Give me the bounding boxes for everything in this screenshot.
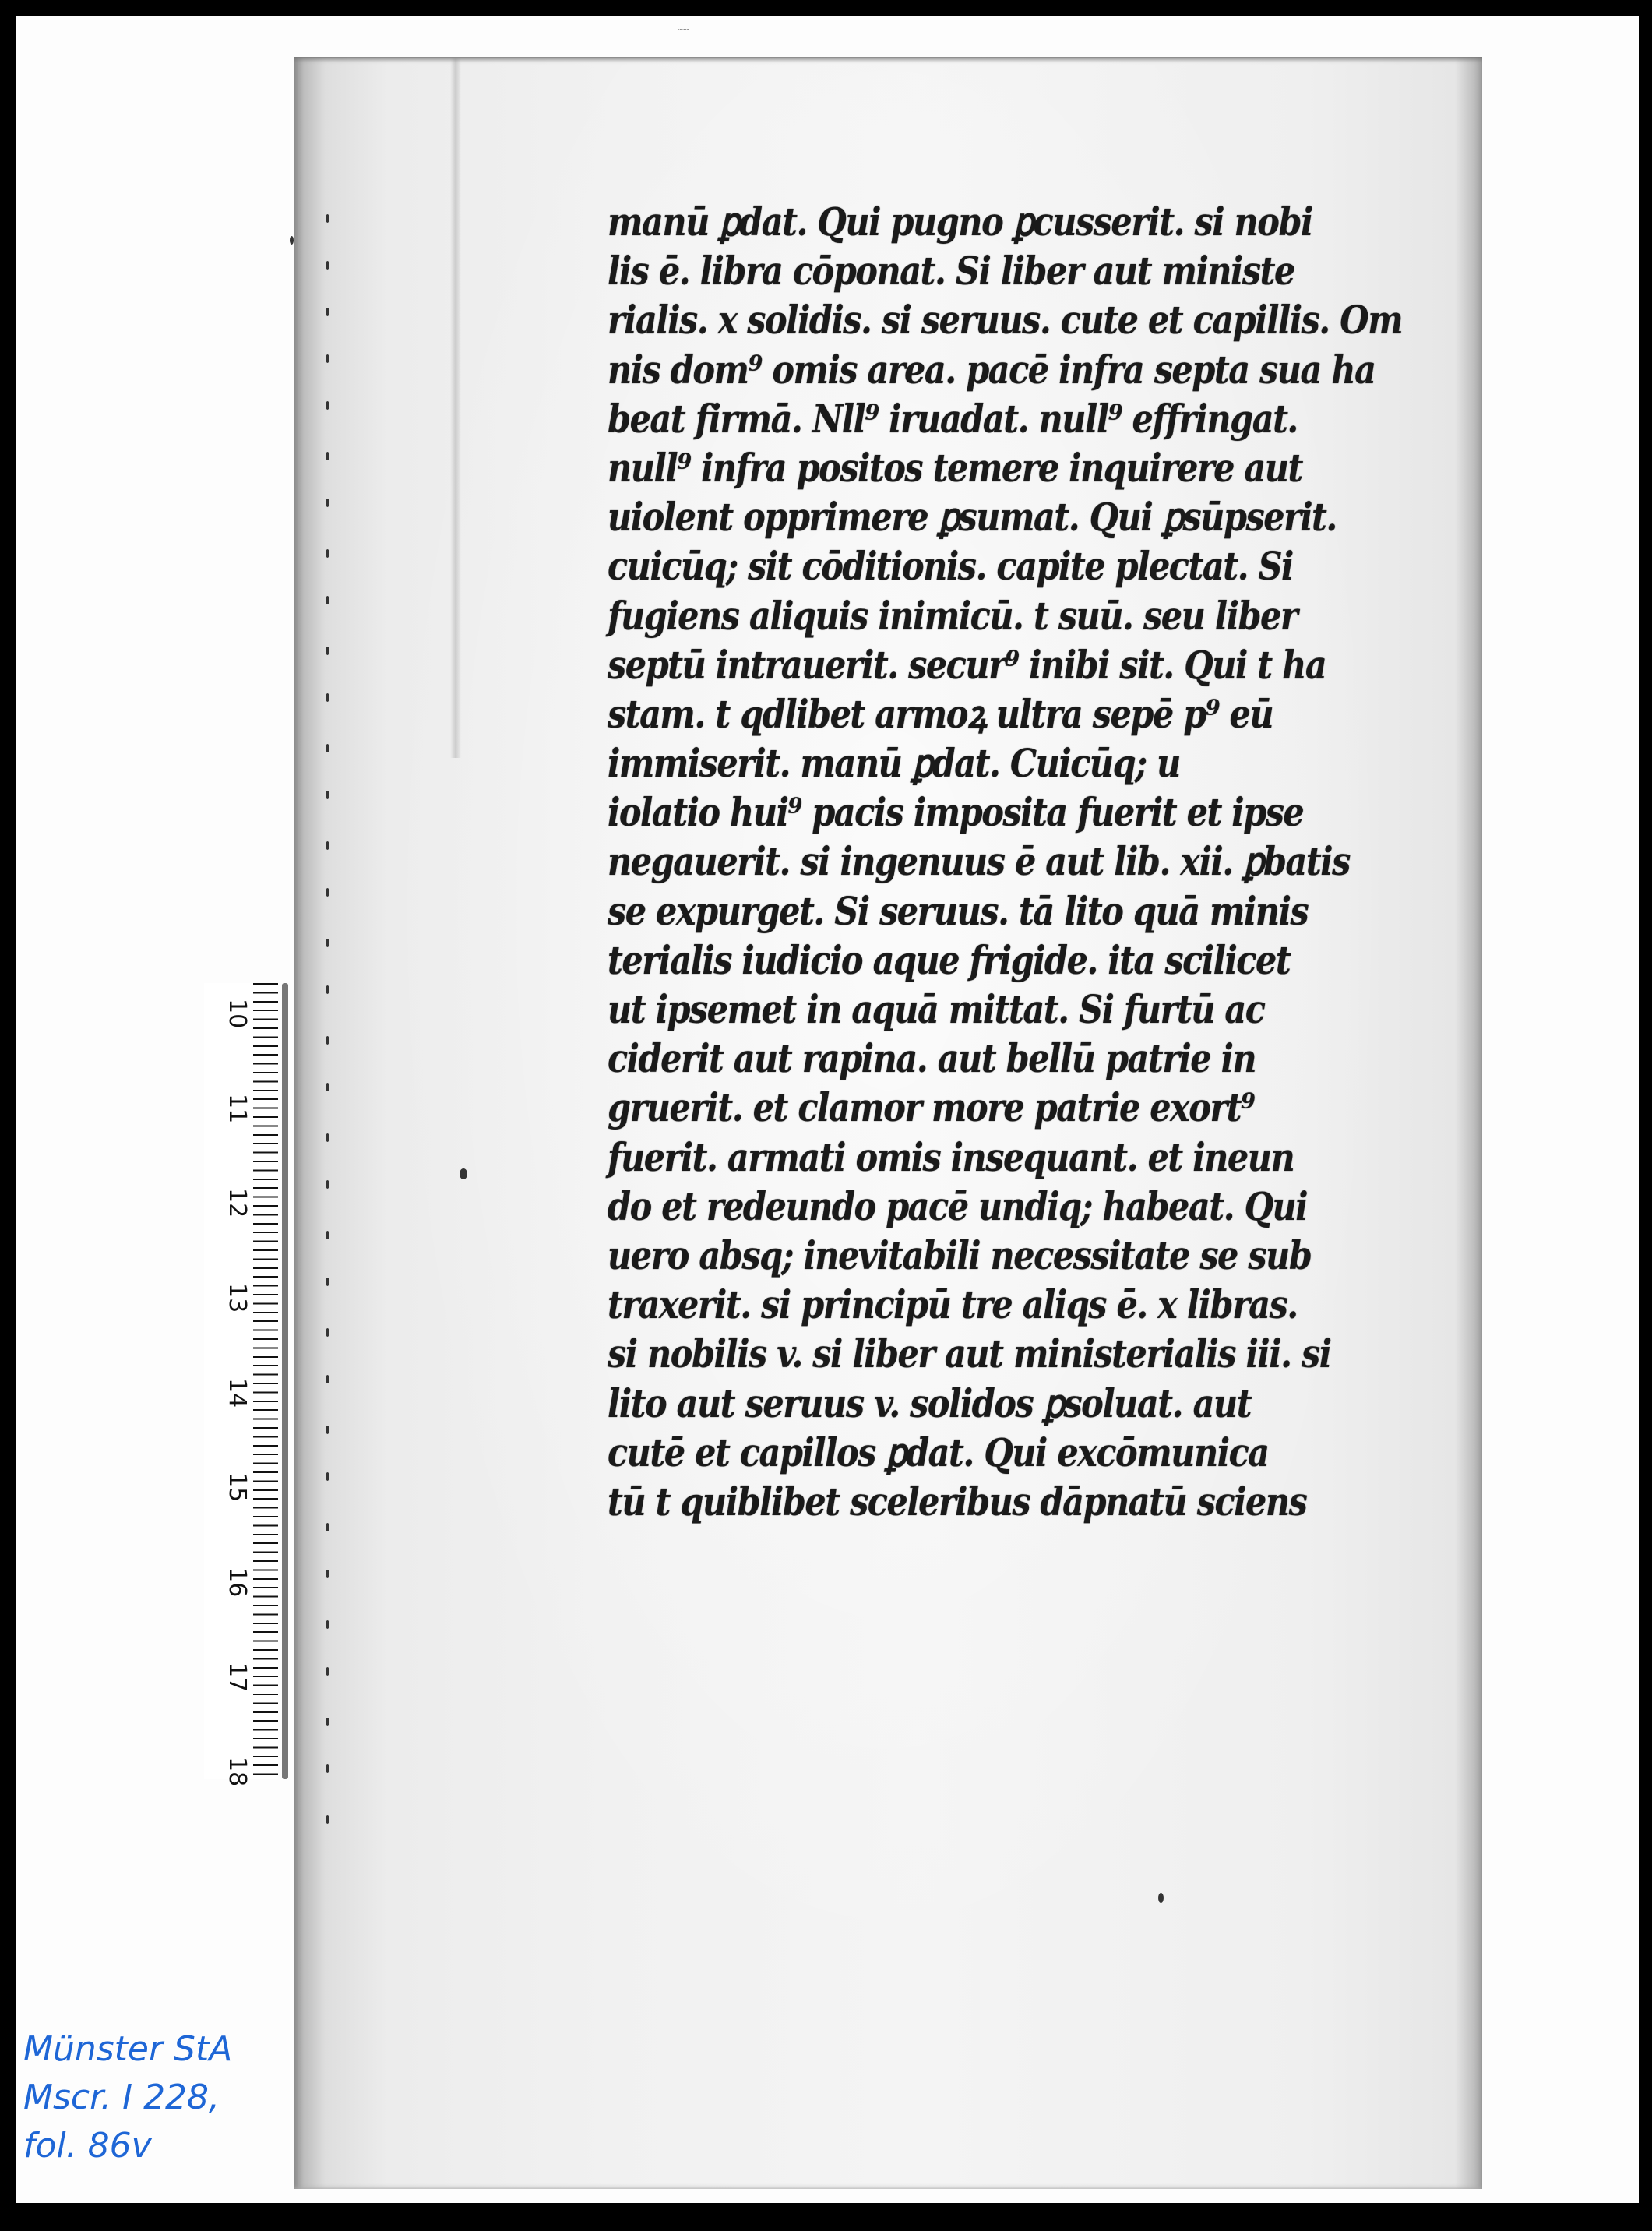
pricking-hole: [326, 214, 329, 223]
pricking-hole: [326, 791, 329, 799]
text-line: uero absq; inevitabili necessitate se su…: [608, 1228, 1472, 1285]
pricking-hole: [326, 1180, 329, 1189]
text-line: negauerit. si ingenuus ē aut lib. xii. ꝑ…: [608, 835, 1472, 892]
text-line: null⁹ infra positos temere inquirere aut: [608, 441, 1472, 498]
pricking-hole: [326, 401, 329, 410]
pricking-hole: [326, 1426, 329, 1434]
pricking-hole: [326, 1570, 329, 1578]
text-line: rialis. x solidis. si seruus. cute et ca…: [608, 294, 1472, 351]
pricking-hole: [326, 888, 329, 897]
text-line: terialis iudicio aque frigide. ita scili…: [608, 933, 1472, 990]
pricking-hole: [326, 261, 329, 270]
text-line: gruerit. et clamor more patrie exort⁹: [608, 1081, 1472, 1138]
pricking-hole: [326, 1523, 329, 1531]
annotation-line: fol. 86v: [23, 2122, 232, 2170]
text-line: beat firmā. Nll⁹ iruadat. null⁹ effringa…: [608, 392, 1472, 449]
pricking-hole: [326, 647, 329, 655]
text-line: lito aut seruus v. solidos ꝑsoluat. aut: [608, 1376, 1472, 1433]
pricking-hole: [326, 549, 329, 558]
text-line: uiolent opprimere ꝑsumat. Qui ꝑsūpserit.: [608, 490, 1472, 547]
pricking-hole: [326, 1036, 329, 1045]
text-line: stam. t qdlibet armoꝝ ultra sepē p⁹ eū: [608, 687, 1472, 744]
pricking-hole: [326, 1718, 329, 1726]
text-line: immiserit. manū ꝑdat. Cuicūq; u: [608, 736, 1472, 793]
ruler-ticks: [247, 983, 278, 1779]
scale-ruler: 10 11 12 13 14 15 16 17 18: [204, 983, 278, 1779]
text-line: nis dom⁹ omis area. pacē infra septa sua…: [608, 343, 1472, 400]
pricking-hole: [326, 1472, 329, 1481]
pricking-hole: [326, 308, 329, 316]
ruler-edge: [282, 983, 288, 1779]
ink-spot: [1158, 1893, 1164, 1903]
pricking-hole: [326, 1278, 329, 1286]
archive-annotation: Münster StA Mscr. I 228, fol. 86v: [23, 2025, 232, 2170]
pricking-hole: [326, 1375, 329, 1383]
pricking-hole: [326, 1667, 329, 1676]
pricking-hole: [326, 354, 329, 363]
text-line: fugiens aliquis inimicū. t suū. seu libe…: [608, 589, 1472, 646]
text-line: si nobilis v. si liber aut ministerialis…: [608, 1327, 1472, 1384]
pricking-hole: [326, 452, 329, 460]
pricking-hole: [290, 236, 294, 245]
top-mark: ﹏: [678, 17, 701, 22]
annotation-line: Münster StA: [23, 2025, 232, 2074]
text-line: ut ipsemet in aquā mittat. Si furtū ac: [608, 982, 1472, 1039]
manuscript-text-block: manū ꝑdat. Qui pugno ꝑcusserit. si nobi …: [608, 199, 1472, 1528]
text-line: do et redeundo pacē undiq; habeat. Qui: [608, 1179, 1472, 1236]
text-line: ciderit aut rapina. aut bellū patrie in: [608, 1031, 1472, 1088]
pricking-hole: [326, 596, 329, 604]
text-line: manū ꝑdat. Qui pugno ꝑcusserit. si nobi: [608, 195, 1472, 252]
pricking-hole: [326, 1764, 329, 1773]
ink-spot: [460, 1168, 467, 1179]
pricking-hole: [326, 985, 329, 994]
text-line: cutē et capillos ꝑdat. Qui excōmunica: [608, 1426, 1472, 1482]
text-line: tū t quiblibet sceleribus dāpnatū sciens: [608, 1475, 1472, 1531]
text-line: septū intrauerit. secur⁹ inibi sit. Qui …: [608, 638, 1472, 695]
text-line: lis ē. libra cōponat. Si liber aut minis…: [608, 244, 1472, 301]
pricking-hole: [326, 1133, 329, 1142]
pricking-hole: [326, 499, 329, 507]
pricking-hole: [326, 1815, 329, 1824]
pricking-hole: [326, 939, 329, 947]
text-line: cuicūq; sit cōditionis. capite plectat. …: [608, 540, 1472, 597]
pricking-hole: [326, 693, 329, 702]
text-line: fuerit. armati omis insequant. et ineun: [608, 1130, 1472, 1187]
pricking-hole: [326, 1083, 329, 1091]
pricking-hole: [326, 744, 329, 752]
annotation-line: Mscr. I 228,: [23, 2074, 232, 2122]
pricking-hole: [326, 1328, 329, 1337]
pricking-hole: [326, 841, 329, 850]
pricking-hole: [326, 1620, 329, 1629]
text-line: traxerit. si principū tre aliqs ē. x lib…: [608, 1278, 1472, 1334]
pricking-hole: [326, 1231, 329, 1239]
text-line: se expurget. Si seruus. tā lito quā mini…: [608, 884, 1472, 941]
